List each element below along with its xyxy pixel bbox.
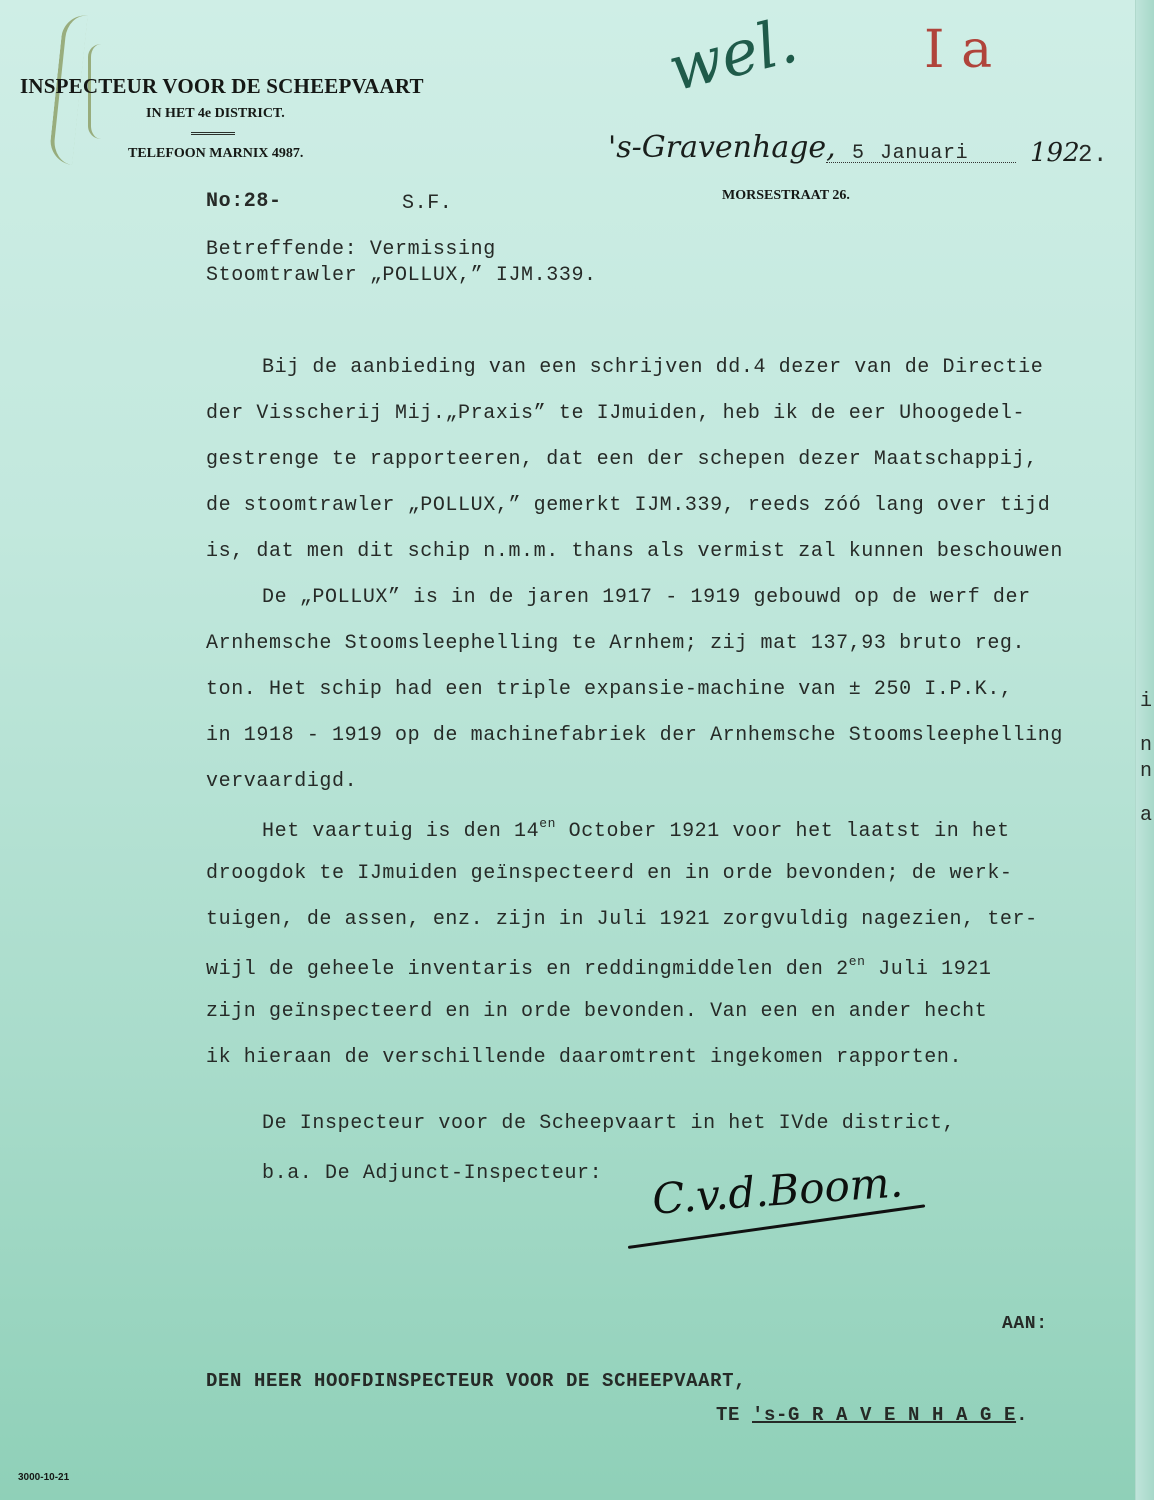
margin-fragment: a <box>1140 804 1153 827</box>
date-year-printed: 192 <box>1030 138 1080 168</box>
letterhead-title: INSPECTEUR VOOR DE SCHEEPVAART <box>20 74 424 99</box>
body-p2-line: ton. Het schip had een triple expansie-m… <box>206 678 1013 701</box>
body-p3-line: ik hieraan de verschillende daaromtrent … <box>206 1046 962 1069</box>
margin-fragment: n <box>1140 760 1153 783</box>
body-p1-line: gestrenge te rapporteeren, dat een der s… <box>206 448 1038 471</box>
body-p2-line: Arnhemsche Stoomsleephelling te Arnhem; … <box>206 632 1025 655</box>
letter-page: INSPECTEUR VOOR DE SCHEEPVAART IN HET 4e… <box>0 0 1154 1500</box>
subject-line-2: Stoomtrawler „POLLUX,” IJM.339. <box>206 264 597 287</box>
margin-fragment: i <box>1140 690 1153 713</box>
body-p1-line: der Visscherij Mij.„Praxis” te IJmuiden,… <box>206 402 1025 425</box>
handwritten-annotation-red: I a <box>924 20 992 80</box>
body-p1-line: de stoomtrawler „POLLUX,” gemerkt IJM.33… <box>206 494 1050 517</box>
recipient-label: AAN: <box>1002 1314 1048 1334</box>
margin-fragment: n <box>1140 734 1153 757</box>
date-year-typed: 2. <box>1078 142 1108 169</box>
date-month: Januari <box>880 142 968 165</box>
address: MORSESTRAAT 26. <box>722 188 850 204</box>
date-day: 5 <box>852 142 865 165</box>
reference-number: No:28- <box>206 190 282 213</box>
recipient-city: TE 's-G R A V E N H A G E. <box>716 1404 1028 1426</box>
place: 's-Gravenhage, <box>608 130 836 165</box>
body-p2-line: in 1918 - 1919 op de machinefabriek der … <box>206 724 1063 747</box>
closing-line-1: De Inspecteur voor de Scheepvaart in het… <box>262 1112 955 1135</box>
body-p3-line: droogdok te IJmuiden geïnspecteerd en in… <box>206 862 1013 885</box>
reference-initials: S.F. <box>402 192 452 215</box>
letterhead-district: IN HET 4e DISTRICT. <box>146 106 285 122</box>
body-p3-line: wijl de geheele inventaris en reddingmid… <box>206 954 992 981</box>
body-p3-line: tuigen, de assen, enz. zijn in Juli 1921… <box>206 908 1038 931</box>
body-p3-line: zijn geïnspecteerd en in orde bevonden. … <box>206 1000 987 1023</box>
handwritten-annotation-green: wel. <box>661 3 804 105</box>
body-p2-line: De „POLLUX” is in de jaren 1917 - 1919 g… <box>262 586 1031 609</box>
letterhead-telephone: TELEFOON MARNIX 4987. <box>128 146 303 162</box>
closing-line-2: b.a. De Adjunct-Inspecteur: <box>262 1162 602 1185</box>
letterhead-rule <box>191 132 235 135</box>
body-p1-line: is, dat men dit schip n.m.m. thans als v… <box>206 540 1063 563</box>
form-code: 3000-10-21 <box>18 1472 69 1483</box>
body-p3-line: Het vaartuig is den 14en October 1921 vo… <box>262 816 1010 843</box>
body-p2-line: vervaardigd. <box>206 770 357 793</box>
body-p1-line: Bij de aanbieding van een schrijven dd.4… <box>262 356 1043 379</box>
recipient-name: DEN HEER HOOFDINSPECTEUR VOOR DE SCHEEPV… <box>206 1370 746 1392</box>
subject-line-1: Betreffende: Vermissing <box>206 238 496 261</box>
